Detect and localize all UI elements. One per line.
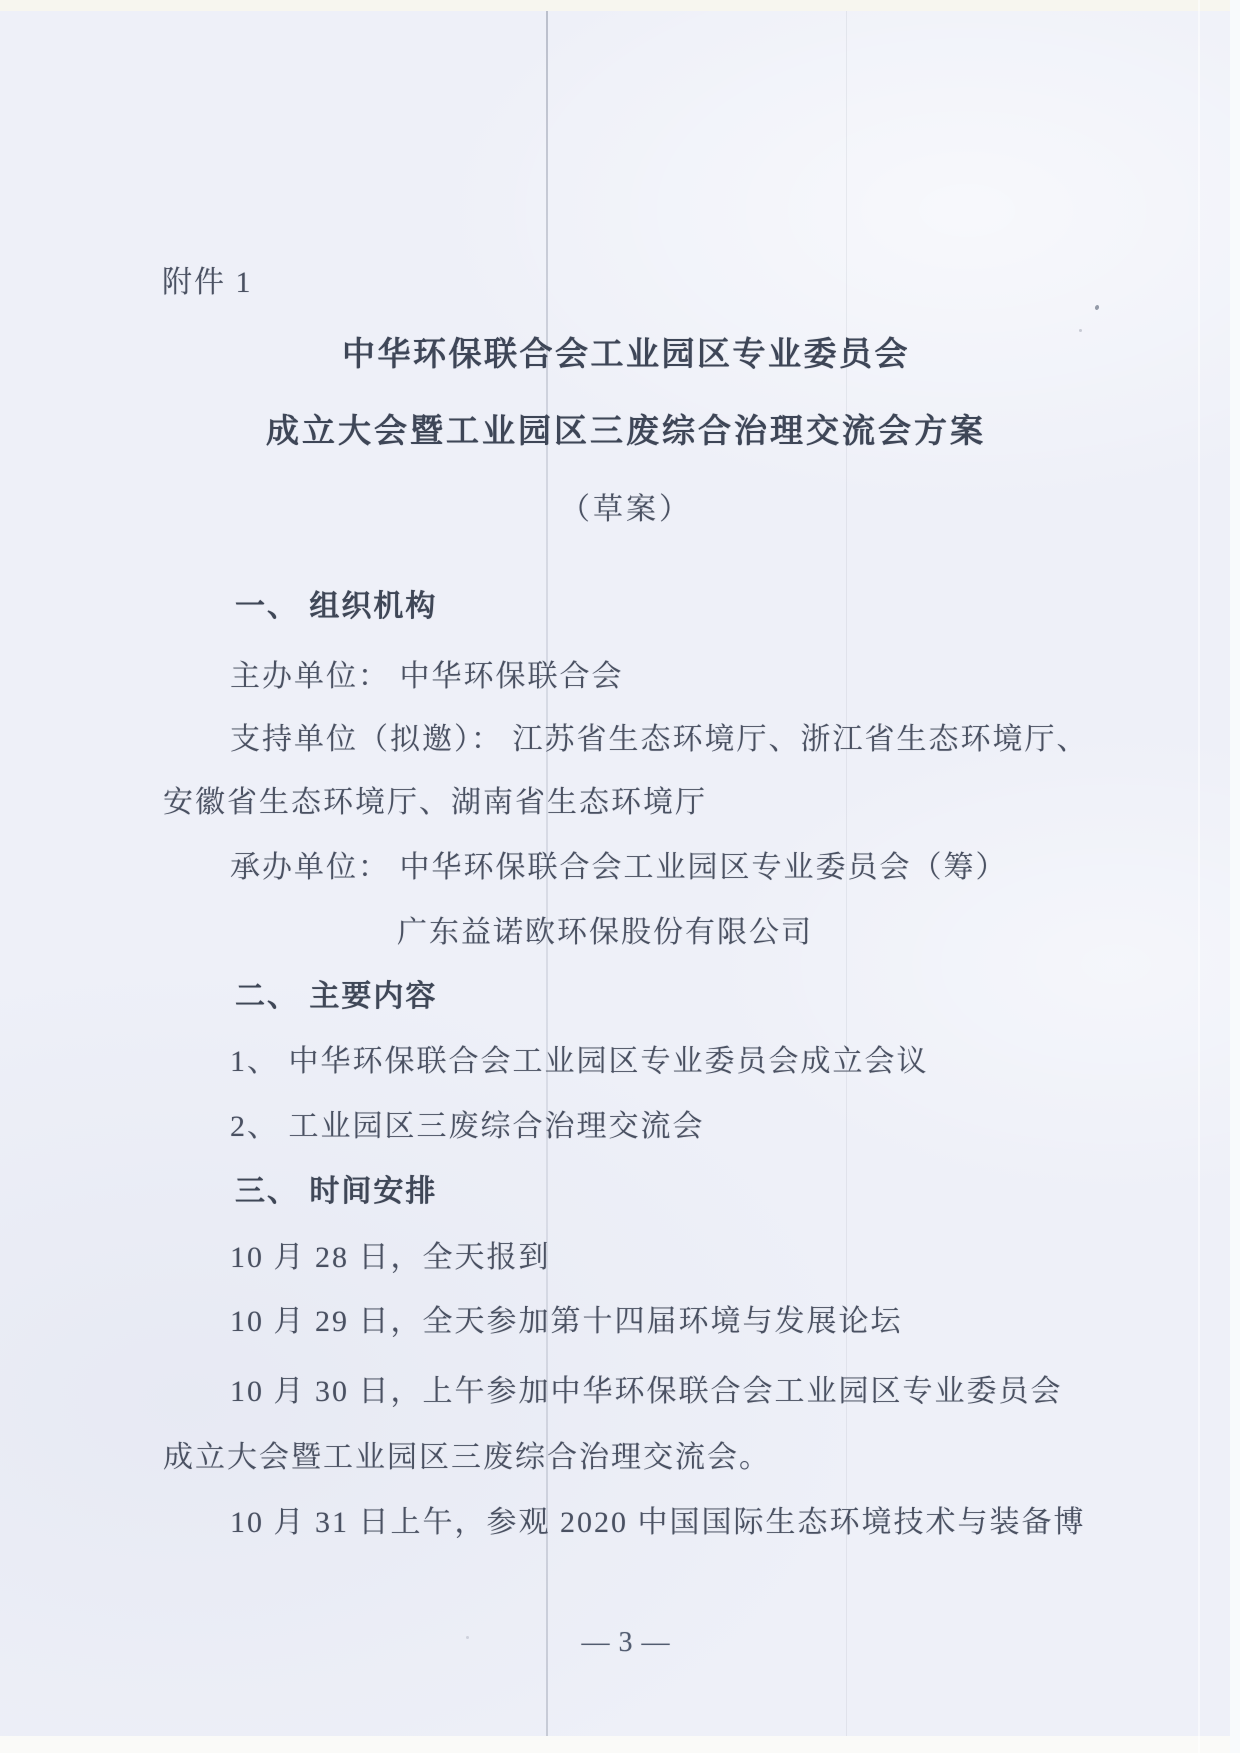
- scan-speck: [1094, 304, 1099, 310]
- org-host-line: 主办单位： 中华环保联合会: [230, 658, 624, 696]
- schedule-oct31: 10 月 31 日上午，参观 2020 中国国际生态环境技术与装备博: [230, 1504, 1086, 1542]
- attachment-label: 附件 1: [162, 264, 253, 302]
- section-3-heading: 三、 时间安排: [235, 1173, 437, 1211]
- scan-bottom-edge: [0, 1736, 1240, 1753]
- document-title-line-2: 成立大会暨工业园区三废综合治理交流会方案: [0, 413, 1240, 451]
- document-title-line-3: （草案）: [0, 491, 1240, 529]
- scan-right-edge-highlight: [1198, 0, 1200, 1753]
- schedule-oct30: 10 月 30 日，上午参加中华环保联合会工业园区专业委员会: [230, 1373, 1063, 1411]
- section-1-heading: 一、 组织机构: [235, 588, 437, 626]
- scanned-document-page: 附件 1 中华环保联合会工业园区专业委员会 成立大会暨工业园区三废综合治理交流会…: [0, 0, 1240, 1753]
- org-support-continuation: 安徽省生态环境厅、湖南省生态环境厅: [163, 784, 707, 822]
- schedule-oct29: 10 月 29 日，全天参加第十四届环境与发展论坛: [230, 1303, 903, 1341]
- scan-speck: [1079, 329, 1082, 332]
- scan-right-edge: [1230, 0, 1240, 1753]
- org-organizer-continuation: 广东益诺欧环保股份有限公司: [397, 914, 813, 952]
- section-2-heading: 二、 主要内容: [235, 978, 437, 1016]
- document-title-line-1: 中华环保联合会工业园区专业委员会: [0, 336, 1240, 374]
- content-item-2: 2、 工业园区三废综合治理交流会: [230, 1108, 705, 1146]
- scan-top-edge: [0, 0, 1240, 11]
- schedule-oct30-continuation: 成立大会暨工业园区三废综合治理交流会。: [163, 1439, 771, 1477]
- content-item-1: 1、 中华环保联合会工业园区专业委员会成立会议: [230, 1043, 929, 1081]
- org-support-line: 支持单位（拟邀）： 江苏省生态环境厅、浙江省生态环境厅、: [230, 721, 1089, 759]
- page-number: — 3 —: [0, 1624, 1240, 1662]
- schedule-oct28: 10 月 28 日，全天报到: [230, 1239, 551, 1277]
- org-organizer-line: 承办单位： 中华环保联合会工业园区专业委员会（筹）: [230, 849, 1008, 887]
